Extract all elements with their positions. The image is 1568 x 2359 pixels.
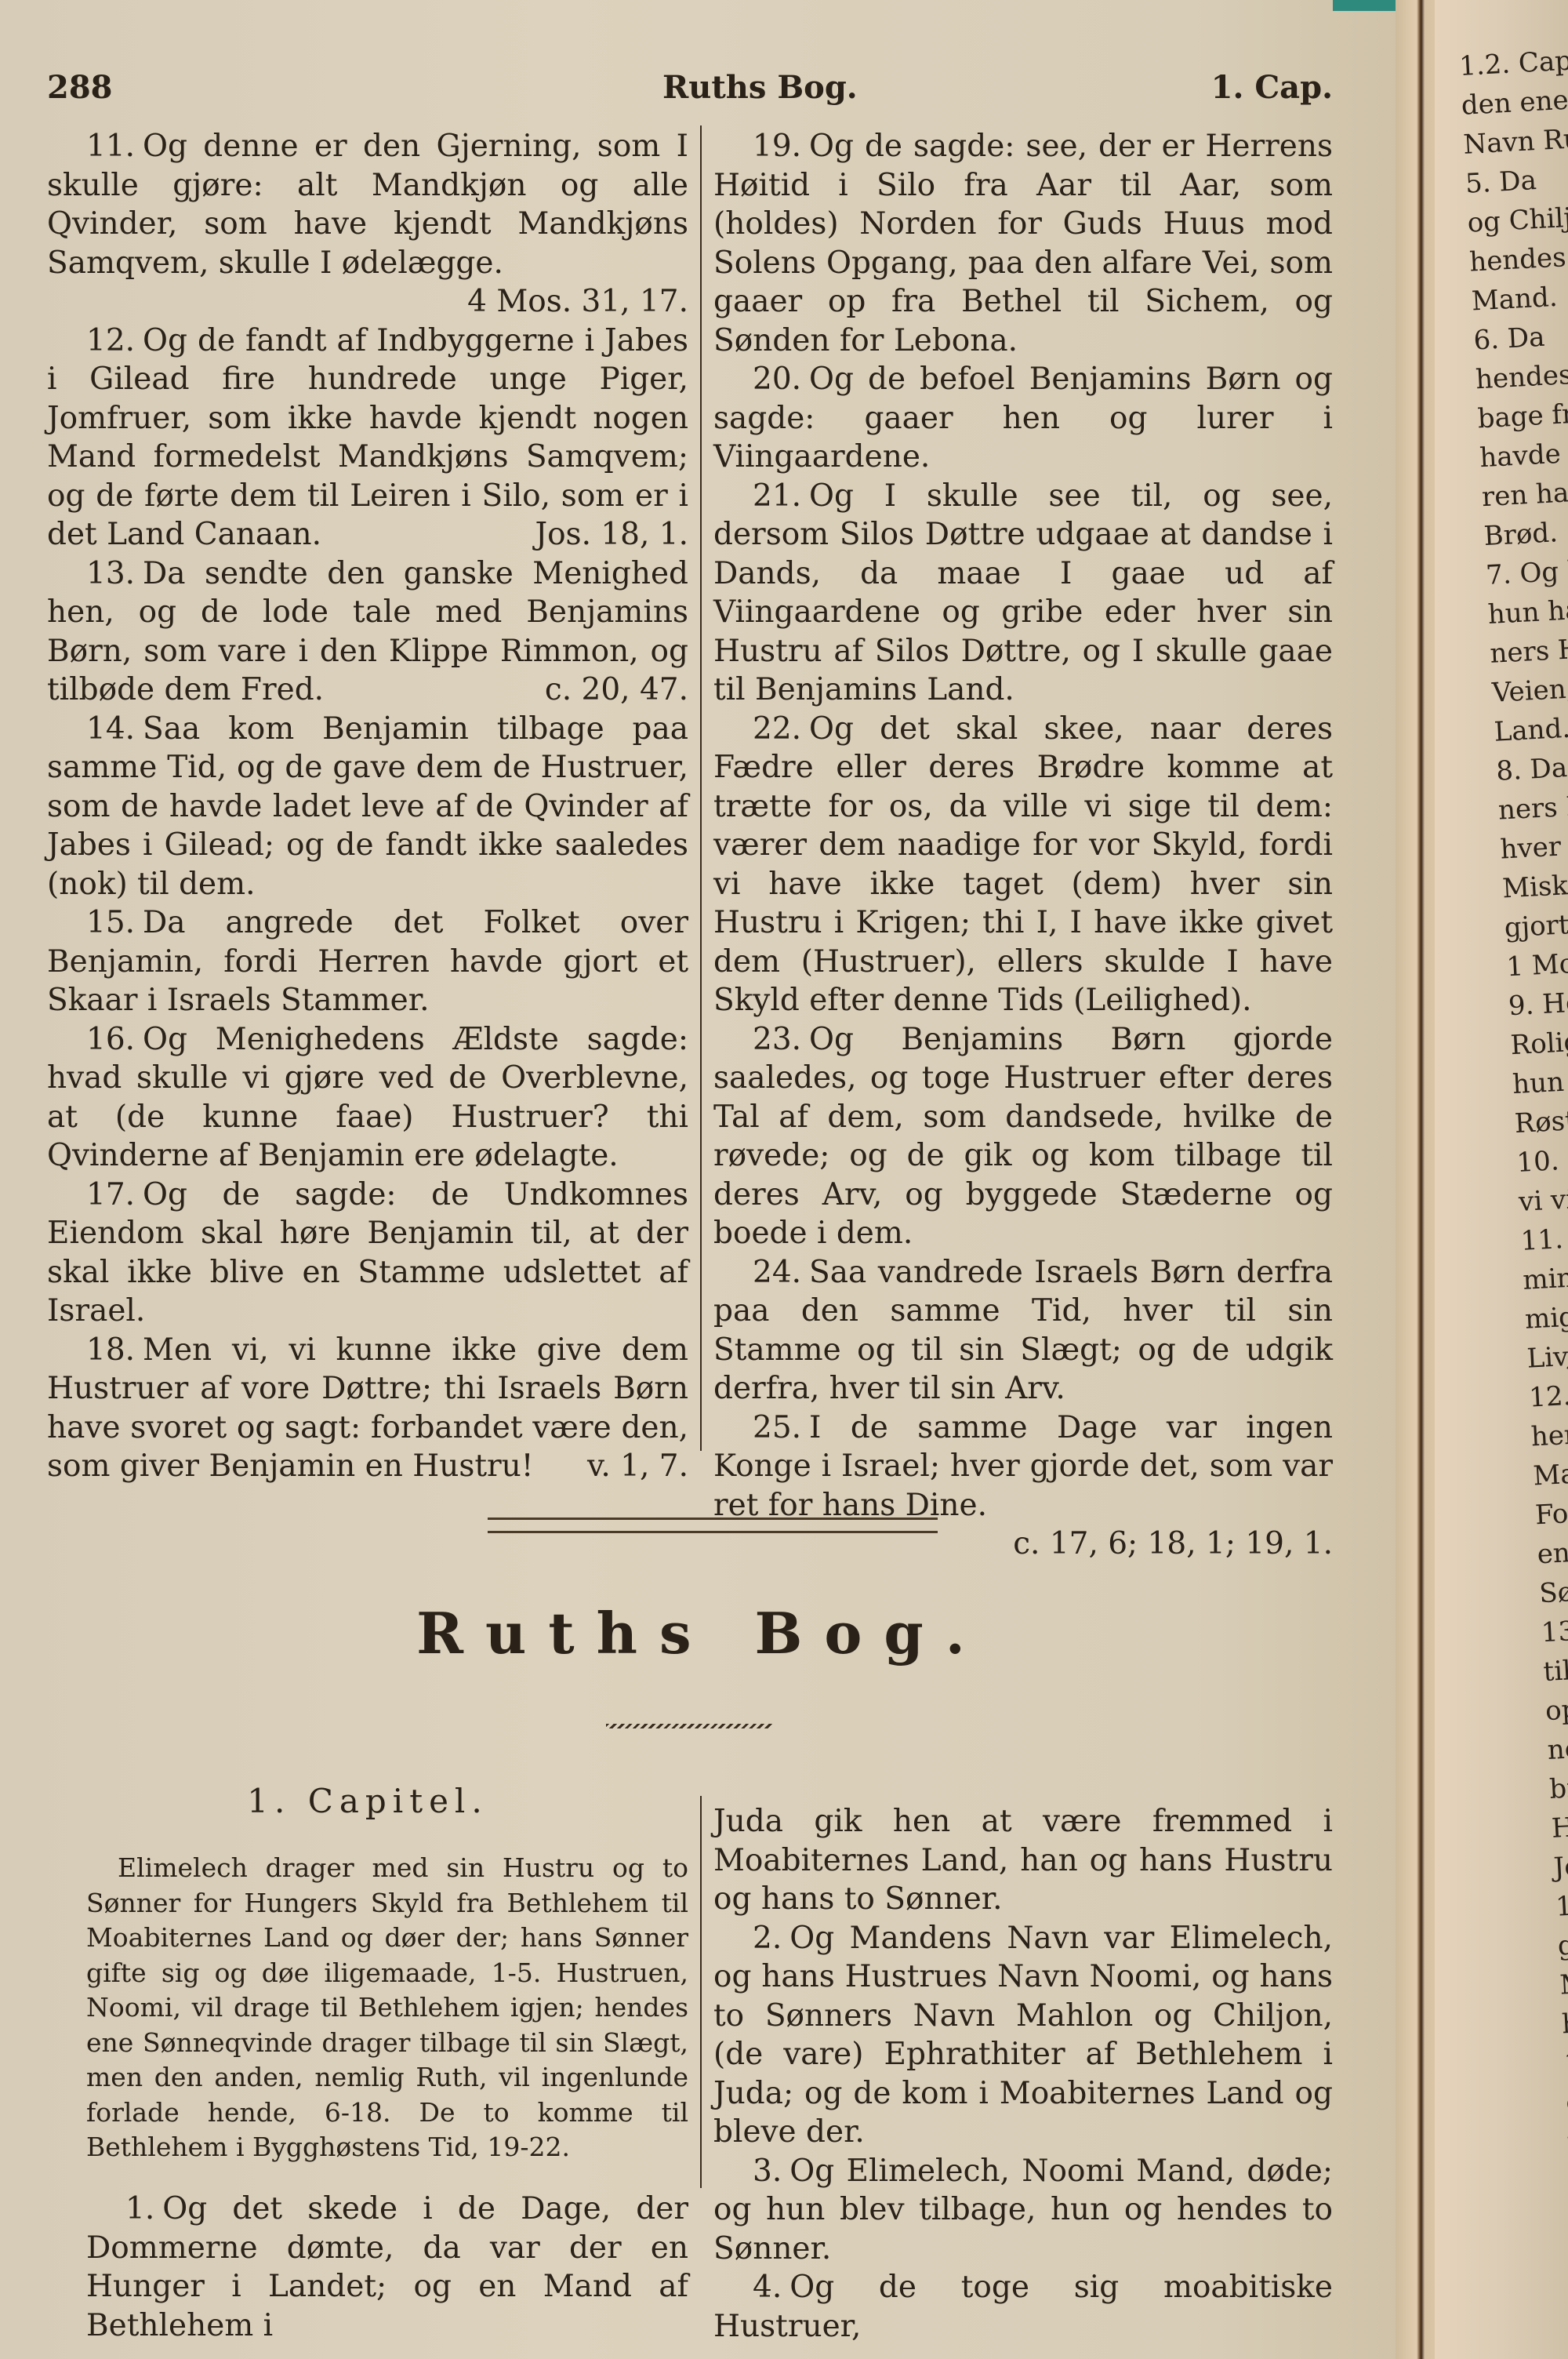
- verse-number: 16.: [86, 1022, 135, 1057]
- verse-text: Og de toge sig moabitiske Hustruer,: [713, 2270, 1333, 2344]
- cross-reference: 4 Mos. 31, 17.: [428, 282, 688, 322]
- verse: 22.Og det skal skee, naar deres Fædre el…: [713, 710, 1333, 1020]
- verse-number: 12.: [86, 323, 135, 358]
- verse: Juda gik hen at være fremmed i Moabitern…: [713, 1802, 1333, 1919]
- section-divider-double-rule: [488, 1518, 938, 1533]
- verse: 23.Og Benjamins Børn gjorde saaledes, og…: [713, 1020, 1333, 1253]
- verse: 24.Saa vandrede Israels Børn derfra paa …: [713, 1253, 1333, 1408]
- verse-number: 2.: [753, 1921, 782, 1956]
- facing-page-fragment: 1.2. Capden enesNavn Ru5. Daog Chiljohen…: [1435, 0, 1568, 2359]
- verse-number: 18.: [86, 1332, 135, 1368]
- verse-text: Og de sagde: de Undkomnes Eiendom skal h…: [47, 1177, 688, 1329]
- verse-number: 4.: [753, 2270, 782, 2305]
- ruth-right-column: Juda gik hen at være fremmed i Moabitern…: [713, 1802, 1333, 2346]
- verse-number: 14.: [86, 711, 135, 747]
- verse-number: 21.: [753, 478, 801, 514]
- verse-text: I de samme Dage var ingen Konge i Israel…: [713, 1410, 1333, 1523]
- verse-text: Og Benjamins Børn gjorde saaledes, og to…: [713, 1022, 1333, 1252]
- cross-reference: c. 20, 47.: [506, 671, 688, 710]
- cross-reference: Jos. 18, 1.: [495, 515, 688, 554]
- verse: 1.Og det skede i de Dage, der Dommerne d…: [86, 2190, 688, 2345]
- verse-text: Og Mandens Navn var Elimelech, og hans H…: [713, 1921, 1333, 2150]
- verse-text: Og de befoel Benjamins Børn og sagde: ga…: [713, 362, 1333, 474]
- verse-text: Saa vandrede Israels Børn derfra paa den…: [713, 1255, 1333, 1407]
- verse: 19.Og de sagde: see, der er Herrens Høit…: [713, 127, 1333, 360]
- cross-reference: v. 1, 7.: [548, 1447, 688, 1486]
- verse: 11.Og denne er den Gjerning, som I skull…: [47, 127, 688, 322]
- title-ornament-rule: [606, 1724, 772, 1728]
- verse-number: 19.: [753, 129, 801, 164]
- verse-number: 24.: [753, 1255, 801, 1290]
- verse: 17.Og de sagde: de Undkomnes Eiendom ska…: [47, 1176, 688, 1331]
- verse-number: 20.: [753, 362, 801, 397]
- running-header: 288 Ruths Bog. 1. Cap.: [47, 69, 1333, 116]
- verse-text: Og I skulle see til, og see, dersom Silo…: [713, 478, 1333, 708]
- verse-number: 3.: [753, 2154, 782, 2189]
- verse-number: 13.: [86, 556, 135, 591]
- verse: 4.Og de toge sig moabitiske Hustruer,: [713, 2268, 1333, 2346]
- verse: 12.Og de fandt af Indbyggerne i Jabes i …: [47, 322, 688, 554]
- verse: 21.Og I skulle see til, og see, dersom S…: [713, 477, 1333, 710]
- verse: 3.Og Elimelech, Noomi Mand, døde; og hun…: [713, 2152, 1333, 2269]
- verse-text: Da angrede det Folket over Benjamin, for…: [47, 905, 688, 1018]
- column-divider-top: [700, 125, 702, 1451]
- chapter-heading: 1. Capitel.: [47, 1782, 688, 1820]
- running-title: Ruths Bog.: [662, 69, 858, 106]
- chapter-ref: 1. Cap.: [1211, 69, 1333, 106]
- verse-number: 15.: [86, 905, 135, 940]
- verse-number: 17.: [86, 1177, 135, 1212]
- verse: 18.Men vi, vi kunne ikke give dem Hustru…: [47, 1331, 688, 1486]
- page-number: 288: [47, 69, 113, 106]
- judges-right-column: 19.Og de sagde: see, der er Herrens Høit…: [713, 127, 1333, 1564]
- verse: 15.Da angrede det Folket over Benjamin, …: [47, 903, 688, 1020]
- verse-text: Og det skal skee, naar deres Fædre eller…: [713, 711, 1333, 1019]
- facing-page-line: 1.2. Cap: [1458, 35, 1568, 86]
- judges-left-column: 11.Og denne er den Gjerning, som I skull…: [47, 127, 688, 1486]
- verse-text: Og de sagde: see, der er Herrens Høitid …: [713, 129, 1333, 358]
- verse-text: Og Elimelech, Noomi Mand, døde; og hun b…: [713, 2154, 1333, 2266]
- verse-text: Saa kom Benjamin tilbage paa samme Tid, …: [47, 711, 688, 902]
- facing-page-text: 1.2. Capden enesNavn Ru5. Daog Chiljohen…: [1458, 35, 1568, 2201]
- verse-number: 23.: [753, 1022, 801, 1057]
- verse-number: 11.: [86, 129, 135, 164]
- chapter-summary: Elimelech drager med sin Hustru og to Sø…: [86, 1851, 688, 2165]
- verse: 25.I de samme Dage var ingen Konge i Isr…: [713, 1408, 1333, 1564]
- verse-text: Juda gik hen at være fremmed i Moabitern…: [713, 1804, 1333, 1917]
- verse-number: 1.: [125, 2191, 154, 2226]
- ruth-left-column: 1.Og det skede i de Dage, der Dommerne d…: [86, 2190, 688, 2345]
- verse-text: Og Menighedens Ældste sagde: hvad skulle…: [47, 1022, 688, 1174]
- cross-reference: c. 17, 6; 18, 1; 19, 1.: [974, 1525, 1333, 1564]
- verse-number: 22.: [753, 711, 801, 747]
- verse: 14.Saa kom Benjamin tilbage paa samme Ti…: [47, 710, 688, 904]
- verse: 2.Og Mandens Navn var Elimelech, og hans…: [713, 1919, 1333, 2152]
- verse-text: Og det skede i de Dage, der Dommerne døm…: [86, 2191, 688, 2343]
- verse: 16.Og Menighedens Ældste sagde: hvad sku…: [47, 1020, 688, 1176]
- column-divider-bottom: [700, 1796, 702, 2188]
- verse-text: Og denne er den Gjerning, som I skulle g…: [47, 129, 688, 281]
- book-title: Ruths Bog.: [0, 1600, 1403, 1667]
- verse: 20.Og de befoel Benjamins Børn og sagde:…: [713, 360, 1333, 477]
- verse: 13.Da sendte den ganske Menighed hen, og…: [47, 554, 688, 710]
- verse-number: 25.: [753, 1410, 801, 1445]
